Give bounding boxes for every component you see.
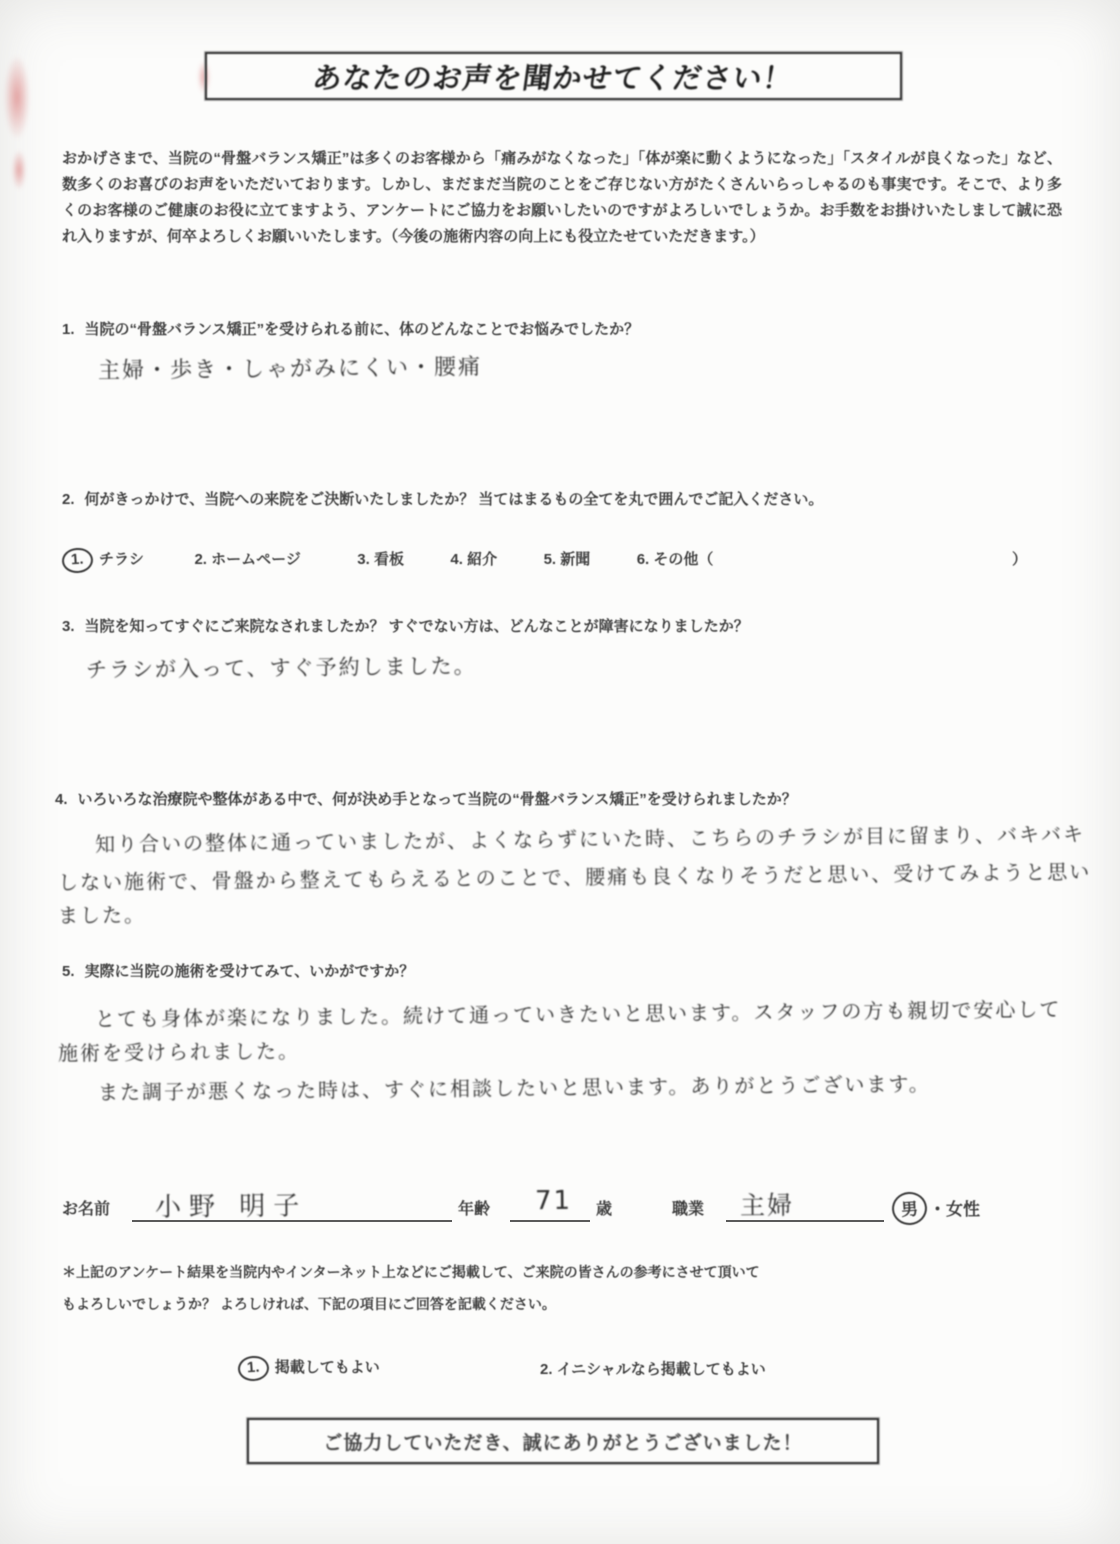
consent-option-1-number: 1.	[246, 1359, 260, 1377]
question-1-text: 当院の“骨盤バランス矯正”を受けられる前に、体のどんなことでお悩みでしたか？	[85, 321, 640, 338]
gender-field: 男・女性	[892, 1192, 980, 1225]
question-3-answer-handwriting: チラシが入って、すぐ予約しました。	[86, 650, 477, 684]
question-1: 1.当院の“骨盤バランス矯正”を受けられる前に、体のどんなことでお悩みでしたか？	[62, 318, 639, 339]
option-5-label: 5. 新聞	[544, 551, 591, 568]
title-box: あなたのお声を聞かせてください！	[205, 52, 902, 100]
question-4: 4.いろいろな治療院や整体がある中で、何が決め手となって当院の“骨盤バランス矯正…	[55, 788, 797, 809]
age-label: 年齢	[458, 1196, 490, 1219]
question-2: 2.何がきっかけで、当院への来院をご決断いたしましたか？ 当てはまるもの全てを丸…	[62, 488, 823, 509]
gender-option-female: 女性	[946, 1200, 980, 1219]
question-5-answer-line-3: また調子が悪くなった時は、すぐに相談したいと思います。ありがとうございます。	[98, 1068, 931, 1106]
hand-circle-selected-option: 1.	[61, 547, 93, 574]
option-4-label: 4. 紹介	[450, 551, 497, 568]
option-3-label: 3. 看板	[357, 551, 404, 568]
question-3-number: 3.	[62, 618, 75, 635]
question-5-answer-line-1: とても身体が楽になりました。続けて通っていきたいと思います。スタッフの方も親切で…	[95, 993, 1062, 1032]
gender-separator: ・	[929, 1200, 946, 1219]
question-4-number: 4.	[55, 791, 68, 808]
option-6-label: 6. その他（	[637, 551, 714, 568]
question-2-text: 何がきっかけで、当院への来院をご決断いたしましたか？ 当てはまるもの全てを丸で囲…	[85, 491, 824, 508]
question-5: 5.実際に当院の施術を受けてみて、いかがですか？	[62, 960, 414, 981]
age-unit: 歳	[596, 1196, 612, 1219]
scan-red-smudge	[12, 150, 26, 190]
job-handwriting: 主婦	[740, 1186, 794, 1223]
question-1-answer-handwriting: 主婦・歩き・しゃがみにくい・腰痛	[98, 350, 482, 385]
page-title: あなたのお声を聞かせてください！	[311, 56, 797, 97]
hand-circle-gender: 男	[891, 1191, 928, 1226]
intro-paragraph: おかげさまで、当院の“骨盤バランス矯正”は多くのお客様から「痛みがなくなった」「…	[62, 146, 1062, 250]
question-2-options: 1. チラシ 2. ホームページ 3. 看板 4. 紹介 5. 新聞 6. その…	[62, 548, 713, 573]
option-2-label: 2. ホームページ	[194, 551, 300, 568]
question-4-answer-line-2: しない施術で、骨盤から整えてもらえるとのことで、腰痛も良くなりそうだと思い、受け…	[58, 856, 1091, 896]
question-4-answer-line-3: ました。	[58, 899, 146, 929]
consent-option-1: 1. 掲載してもよい	[238, 1356, 380, 1381]
consent-option-1-label: 掲載してもよい	[275, 1359, 380, 1376]
consent-note-line-1: ＊上記のアンケート結果を当院内やインターネット上などにご掲載して、ご来院の皆さん…	[62, 1256, 760, 1288]
option-1-number: 1.	[70, 551, 84, 569]
question-1-number: 1.	[62, 321, 75, 338]
question-5-text: 実際に当院の施術を受けてみて、いかがですか？	[85, 963, 415, 980]
hand-circle-consent: 1.	[237, 1355, 269, 1382]
question-5-number: 5.	[62, 963, 75, 980]
gender-option-male: 男	[900, 1199, 918, 1219]
consent-option-2: 2. イニシャルなら掲載してもよい	[540, 1358, 766, 1379]
question-2-number: 2.	[62, 491, 75, 508]
name-label: お名前	[62, 1196, 110, 1219]
thanks-text: ご協力していただき、誠にありがとうございました！	[323, 1428, 802, 1455]
name-handwriting: 小野 明子	[155, 1185, 308, 1224]
scanned-questionnaire: あなたのお声を聞かせてください！ おかげさまで、当院の“骨盤バランス矯正”は多く…	[0, 0, 1120, 1544]
question-4-text: いろいろな治療院や整体がある中で、何が決め手となって当院の“骨盤バランス矯正”を…	[78, 791, 797, 808]
question-3-text: 当院を知ってすぐにご来院なされましたか？ すぐでない方は、どんなことが障害になり…	[85, 618, 749, 635]
scan-red-smudge	[4, 55, 30, 140]
consent-note-line-2: もよろしいでしょうか？ よろしければ、下記の項目にご回答を記載ください。	[62, 1288, 556, 1320]
option-1-label: チラシ	[99, 551, 144, 568]
job-label: 職業	[672, 1196, 704, 1219]
question-4-answer-line-1: 知り合いの整体に通っていましたが、よくならずにいた時、こちらのチラシが目に留まり…	[95, 818, 1085, 857]
option-6-close-paren: ）	[1012, 548, 1027, 569]
question-5-answer-line-2: 施術を受けられました。	[58, 1035, 300, 1067]
question-3: 3.当院を知ってすぐにご来院なされましたか？ すぐでない方は、どんなことが障害に…	[62, 615, 749, 636]
thanks-box: ご協力していただき、誠にありがとうございました！	[247, 1418, 879, 1464]
age-handwriting: 71	[535, 1186, 572, 1216]
